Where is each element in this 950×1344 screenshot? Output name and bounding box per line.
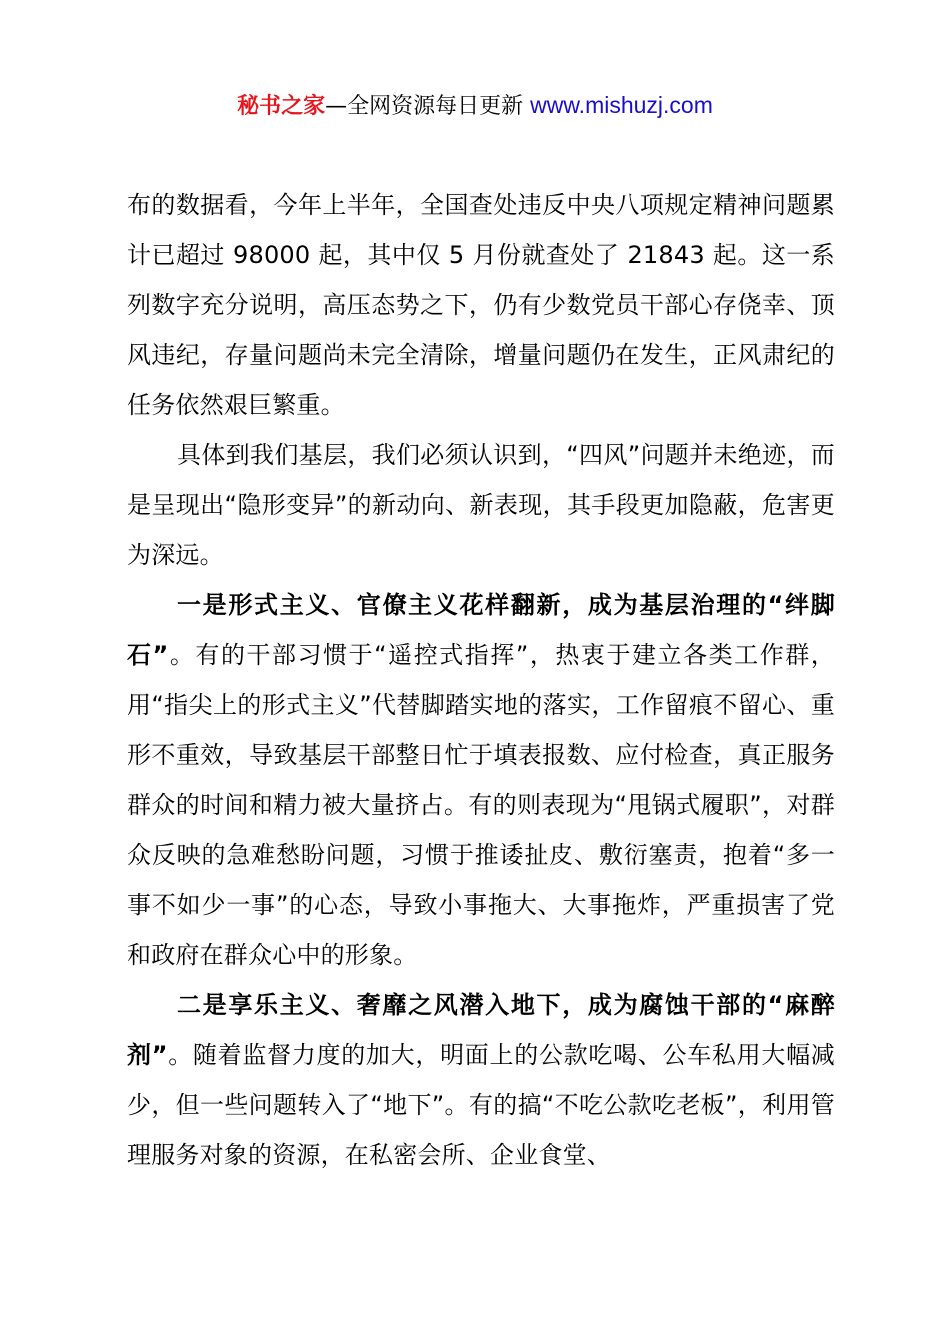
paragraph-text: 布的数据看，今年上半年，全国查处违反中央八项规定精神问题累计已超过 98000 … (127, 191, 835, 419)
paragraph-4: 二是享乐主义、奢靡之风潜入地下，成为腐蚀干部的“麻醉剂”。随着监督力度的加大，明… (127, 980, 835, 1180)
site-brand: 秘书之家 (237, 94, 325, 119)
site-url-link[interactable]: www.mishuzj.com (530, 92, 713, 118)
site-tagline: —全网资源每日更新 (325, 94, 523, 119)
paragraph-1: 布的数据看，今年上半年，全国查处违反中央八项规定精神问题累计已超过 98000 … (127, 180, 835, 430)
paragraph-2: 具体到我们基层，我们必须认识到，“四风”问题并未绝迹，而是呈现出“隐形变异”的新… (127, 430, 835, 580)
document-body: 布的数据看，今年上半年，全国查处违反中央八项规定精神问题累计已超过 98000 … (127, 180, 835, 1180)
paragraph-text: 。随着监督力度的加大，明面上的公款吃喝、公车私用大幅减少，但一些问题转入了“地下… (127, 1041, 835, 1169)
paragraph-3: 一是形式主义、官僚主义花样翻新，成为基层治理的“绊脚石”。有的干部习惯于“遥控式… (127, 580, 835, 980)
paragraph-text: 具体到我们基层，我们必须认识到，“四风”问题并未绝迹，而是呈现出“隐形变异”的新… (127, 441, 835, 569)
paragraph-text: 。有的干部习惯于“遥控式指挥”，热衷于建立各类工作群，用“指尖上的形式主义”代替… (127, 641, 835, 969)
site-header: 秘书之家—全网资源每日更新 www.mishuzj.com (0, 88, 950, 124)
